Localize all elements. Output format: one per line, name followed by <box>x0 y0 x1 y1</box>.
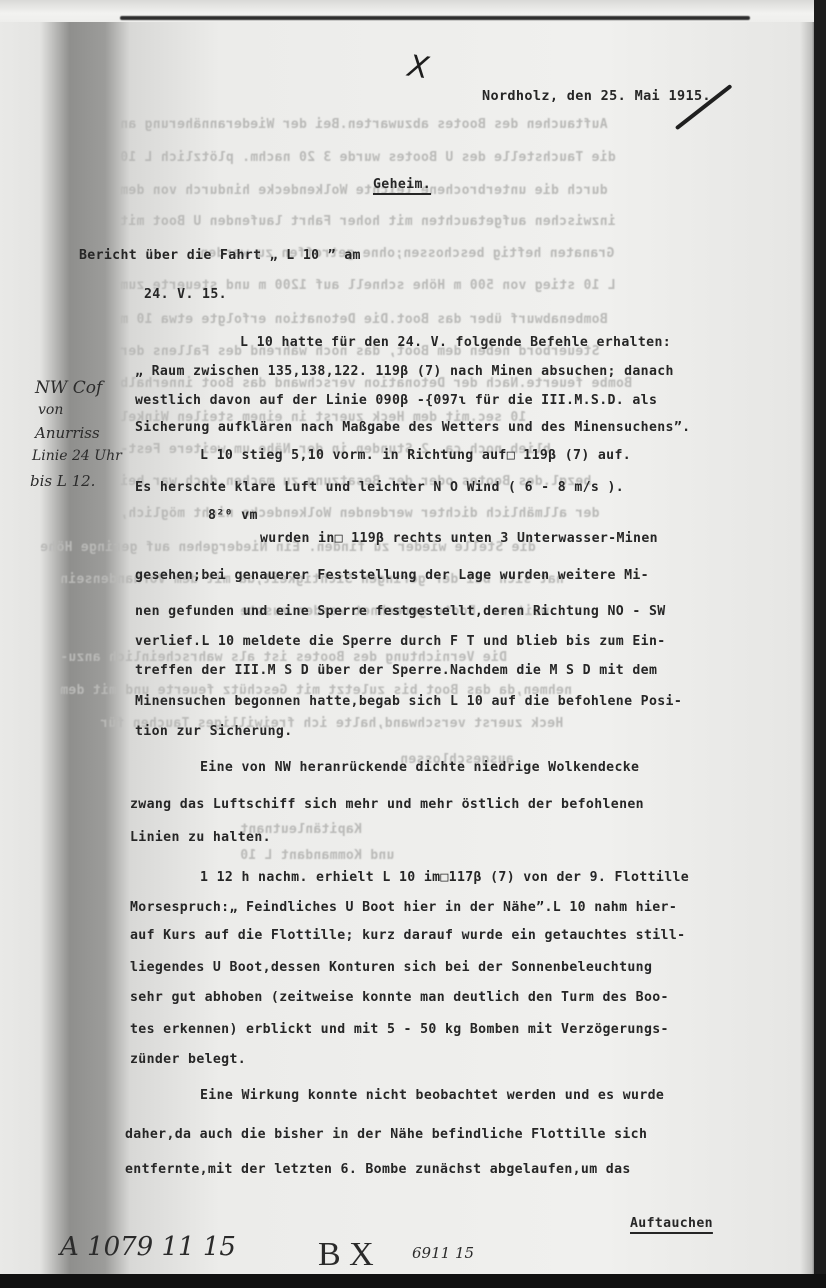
report-title-line2: 24. V. 15. <box>144 287 227 302</box>
body-line: tion zur Sicherung. <box>135 724 293 739</box>
body-line: Eine von NW heranrückende dichte niedrig… <box>200 760 639 775</box>
page-bottom-edge <box>0 1274 826 1288</box>
body-line: auf Kurs auf die Flottille; kurz darauf … <box>130 928 685 943</box>
margin-note-line: bis L 12. <box>30 472 95 490</box>
body-line: 1 12 h nachm. erhielt L 10 im□117β (7) v… <box>200 870 689 885</box>
margin-note-line: Anurriss <box>35 424 100 442</box>
bleed-line: der allmählich dichter werdenden Wolkend… <box>120 506 599 521</box>
classification-heading: Geheim. <box>373 177 431 192</box>
body-line: Eine Wirkung konnte nicht beobachtet wer… <box>200 1088 664 1103</box>
body-line: daher,da auch die bisher in der Nähe bef… <box>125 1127 647 1142</box>
body-line: treffen der III.M S D über der Sperre.Na… <box>135 663 657 678</box>
bleed-line: und Kommandant L 10 <box>240 848 394 863</box>
scanned-document-page: Auftauchen des Bootes abzuwarten.Bei der… <box>0 0 826 1288</box>
body-line: L 10 hatte für den 24. V. folgende Befeh… <box>240 335 671 350</box>
bleed-line: Bombenabwurf über das Boot.Die Detonatio… <box>120 312 608 327</box>
body-line: tes erkennen) erblickt und mit 5 - 50 kg… <box>130 1022 669 1037</box>
body-line: Morsespruch:„ Feindliches U Boot hier in… <box>130 900 677 915</box>
body-line: „ Raum zwischen 135,138,122. 119β (7) na… <box>135 364 674 379</box>
bleed-line: durch die unterbrochene leichte Wolkende… <box>120 183 608 198</box>
body-line: verlief.L 10 meldete die Sperre durch F … <box>135 634 666 649</box>
body-line: gesehen;bei genauerer Feststellung der L… <box>135 568 649 583</box>
body-line: sehr gut abhoben (zeitweise konnte man d… <box>130 990 669 1005</box>
archive-number: A 1079 11 15 <box>60 1232 236 1262</box>
body-line: zwang das Luftschiff sich mehr und mehr … <box>130 797 644 812</box>
report-title-line1: Bericht über die Fahrt „ L 10 ” am <box>79 248 361 263</box>
body-line: entfernte,mit der letzten 6. Bombe zunäc… <box>125 1162 631 1177</box>
body-line: Es herschte klare Luft und leichter N O … <box>135 480 624 495</box>
bleed-line: Auftauchen des Bootes abzuwarten.Bei der… <box>120 117 608 132</box>
catchword: Auftauchen <box>630 1216 713 1231</box>
body-line: wurden in□ 119β rechts unten 3 Unterwass… <box>260 531 658 546</box>
place-date: Nordholz, den 25. Mai 1915. <box>482 88 711 104</box>
body-line: westlich davon auf der Linie 090β -{097ɩ… <box>135 393 657 408</box>
bleed-line: inzwischen aufgetauchten mit hoher Fahrt… <box>120 214 616 229</box>
margin-note-line: Linie 24 Uhr <box>32 448 122 464</box>
archive-number-secondary: 6911 15 <box>412 1244 474 1262</box>
handwritten-x-mark: X <box>406 49 431 87</box>
body-line: L 10 stieg 5,10 vorm. in Richtung auf□ 1… <box>200 448 631 463</box>
archive-signature: B X <box>318 1236 374 1274</box>
body-line: Sicherung aufklären nach Maßgabe des Wet… <box>135 420 690 435</box>
right-shadow <box>814 0 826 1288</box>
body-line: nen gefunden und eine Sperre festgestell… <box>135 604 666 619</box>
body-line: Linien zu halten. <box>130 830 271 845</box>
body-line: zünder belegt. <box>130 1052 246 1067</box>
margin-note-line: von <box>38 402 63 418</box>
bleed-line: die Tauchstelle des U Bootes wurde 3 20 … <box>120 150 616 165</box>
page-top-rule <box>120 16 750 20</box>
time-annotation: 8²⁰ vm <box>208 508 258 523</box>
body-line: liegendes U Boot,dessen Konturen sich be… <box>130 960 652 975</box>
body-line: Minensuchen begonnen hatte,begab sich L … <box>135 694 682 709</box>
margin-note-line: NW Cof <box>35 378 102 398</box>
